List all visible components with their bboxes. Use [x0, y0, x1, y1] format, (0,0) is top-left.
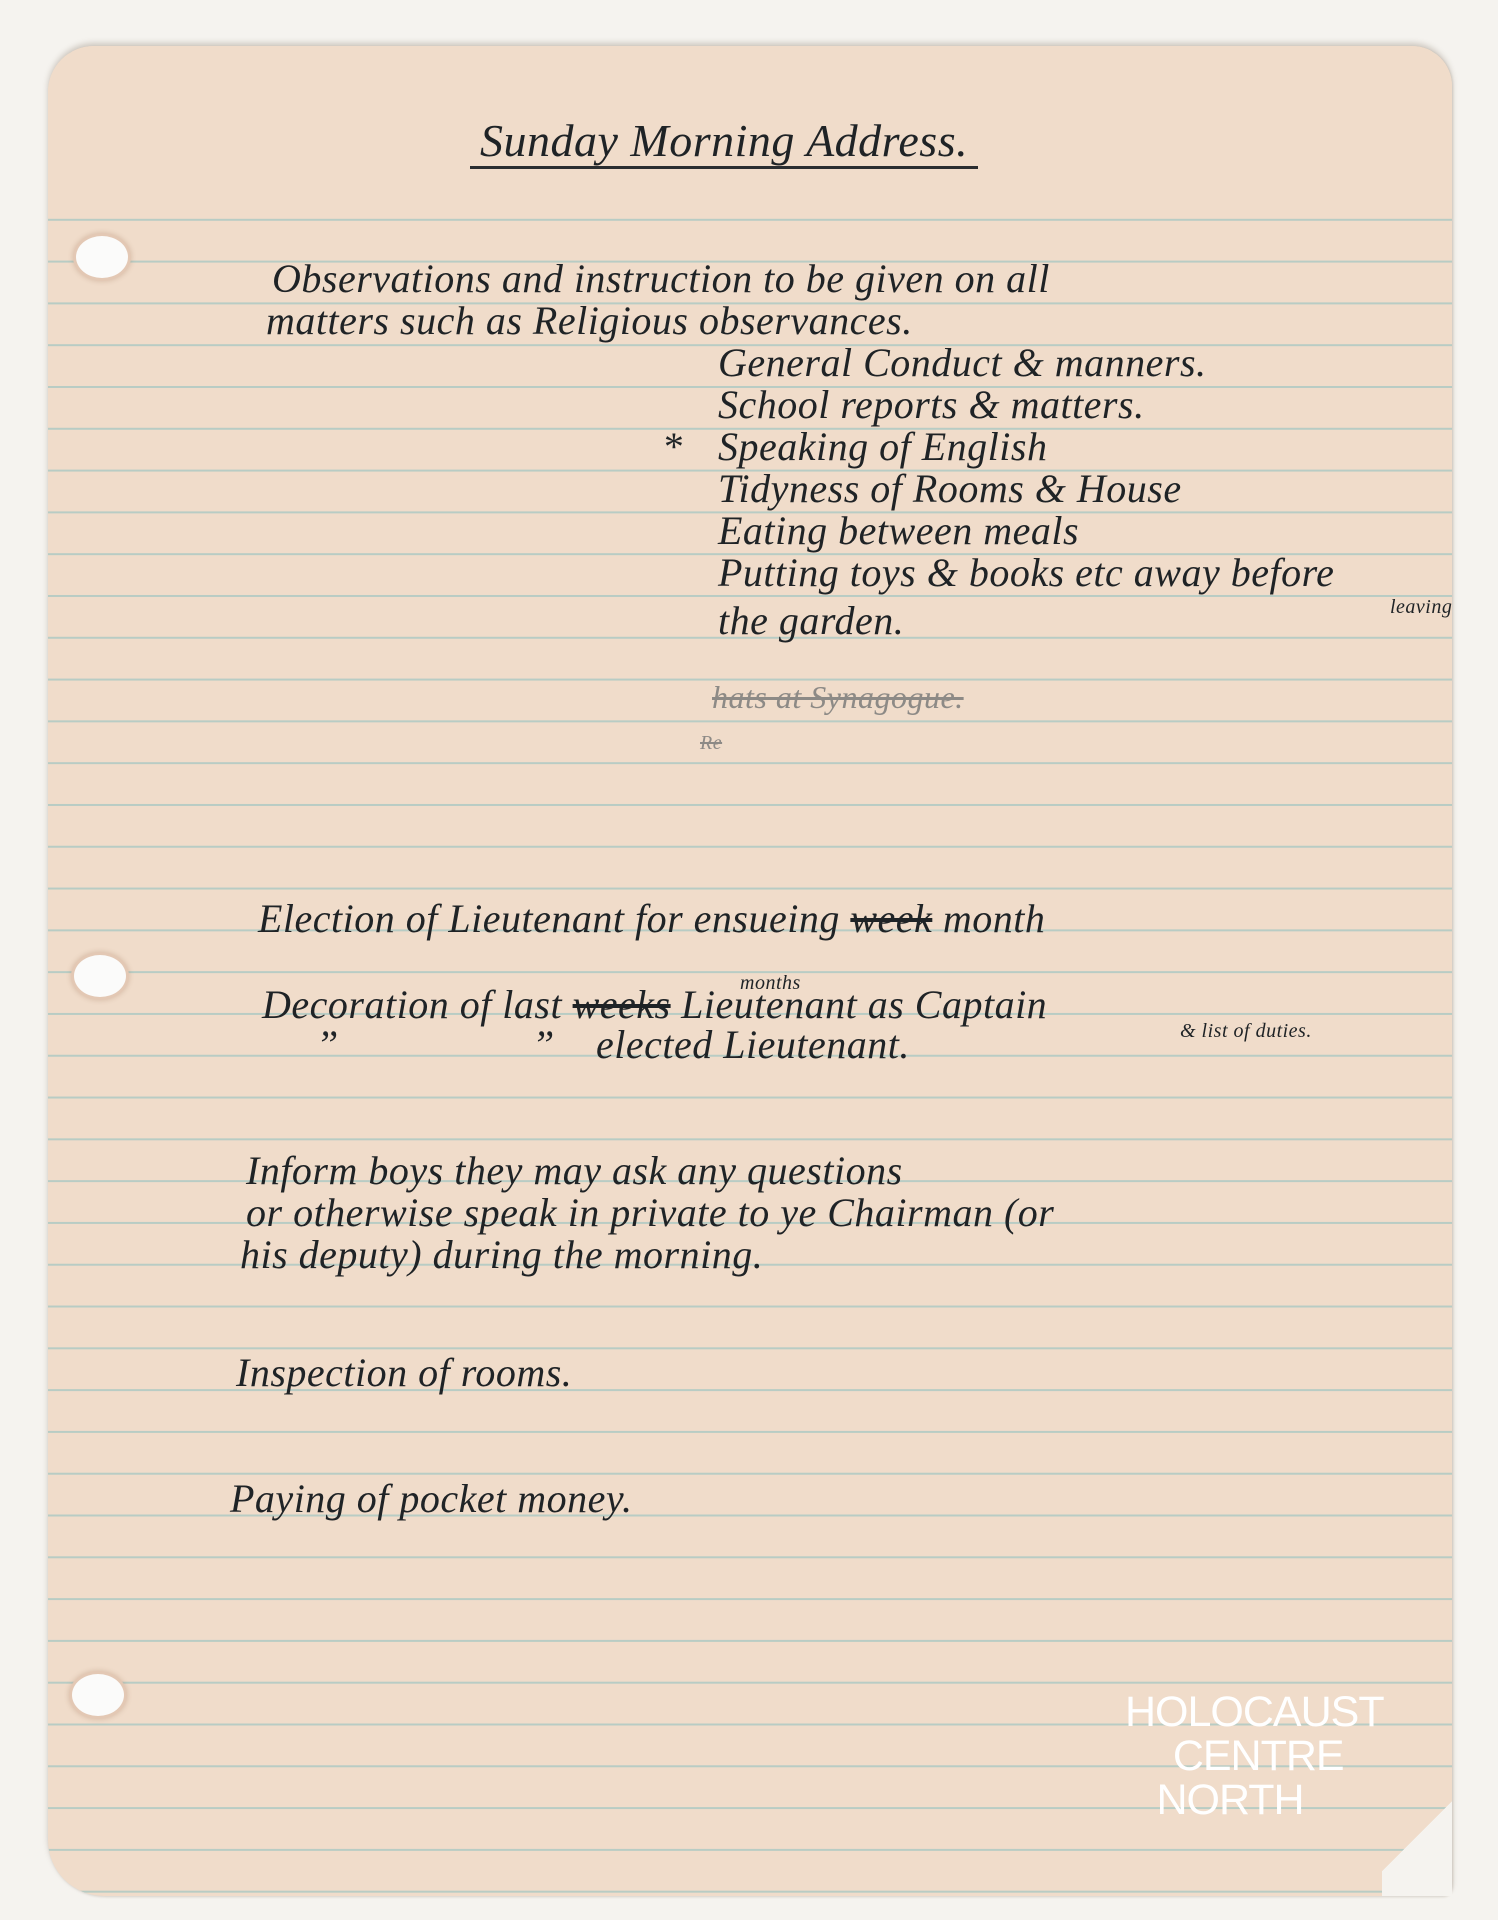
document-title: Sunday Morning Address.: [470, 120, 978, 169]
pencil-struck-line: hats at Synagogue.: [712, 676, 964, 718]
topic-item: Tidyness of Rooms & House: [718, 468, 1182, 510]
inform-line-3: his deputy) during the morning.: [240, 1234, 763, 1276]
asterisk-marker: *: [662, 426, 683, 468]
pencil-mark: Re: [700, 722, 722, 764]
replacement-word: month: [943, 896, 1046, 941]
topic-item: General Conduct & manners.: [718, 342, 1207, 384]
punch-hole-middle: [74, 955, 126, 997]
topic-item: Eating between meals: [718, 510, 1079, 552]
decoration-text: Decoration of last: [262, 982, 562, 1027]
topic-item: the garden.: [718, 600, 904, 642]
punch-hole-top: [76, 236, 128, 278]
inspection-line: Inspection of rooms.: [236, 1352, 572, 1394]
logo-line-1: HOLOCAUST: [1125, 1690, 1384, 1734]
struck-word: week: [850, 896, 932, 941]
punch-hole-bottom: [72, 1674, 124, 1716]
topic-item: Putting toys & books etc away before: [718, 552, 1334, 594]
inform-line-1: Inform boys they may ask any questions: [246, 1150, 903, 1192]
holocaust-centre-north-logo: HOLOCAUST CENTRE NORTH: [1125, 1690, 1384, 1822]
topic-item: Speaking of English: [718, 426, 1047, 468]
pocket-money-line: Paying of pocket money.: [230, 1478, 632, 1520]
ditto-mark: ”: [316, 1024, 339, 1066]
intro-line-2: matters such as Religious observances.: [266, 300, 913, 342]
ditto-mark: ”: [532, 1024, 555, 1066]
election-line: Election of Lieutenant for ensueing week…: [258, 898, 1045, 940]
elected-line: elected Lieutenant.: [596, 1024, 910, 1066]
folded-corner: [1382, 1776, 1452, 1896]
logo-line-2: CENTRE: [1125, 1734, 1384, 1778]
struck-word: weeks: [573, 982, 671, 1027]
decoration-text-after: Lieutenant as Captain: [681, 982, 1047, 1027]
election-text: Election of Lieutenant for ensueing: [258, 896, 840, 941]
logo-line-3: NORTH: [1125, 1778, 1384, 1822]
topic-item: School reports & matters.: [718, 384, 1145, 426]
inform-line-2: or otherwise speak in private to ye Chai…: [246, 1192, 1054, 1234]
topic-insertion: leaving: [1390, 586, 1452, 628]
duties-note: & list of duties.: [1180, 1010, 1312, 1052]
intro-line-1: Observations and instruction to be given…: [272, 258, 1050, 300]
decoration-line: Decoration of last weeks Lieutenant as C…: [262, 984, 1047, 1026]
